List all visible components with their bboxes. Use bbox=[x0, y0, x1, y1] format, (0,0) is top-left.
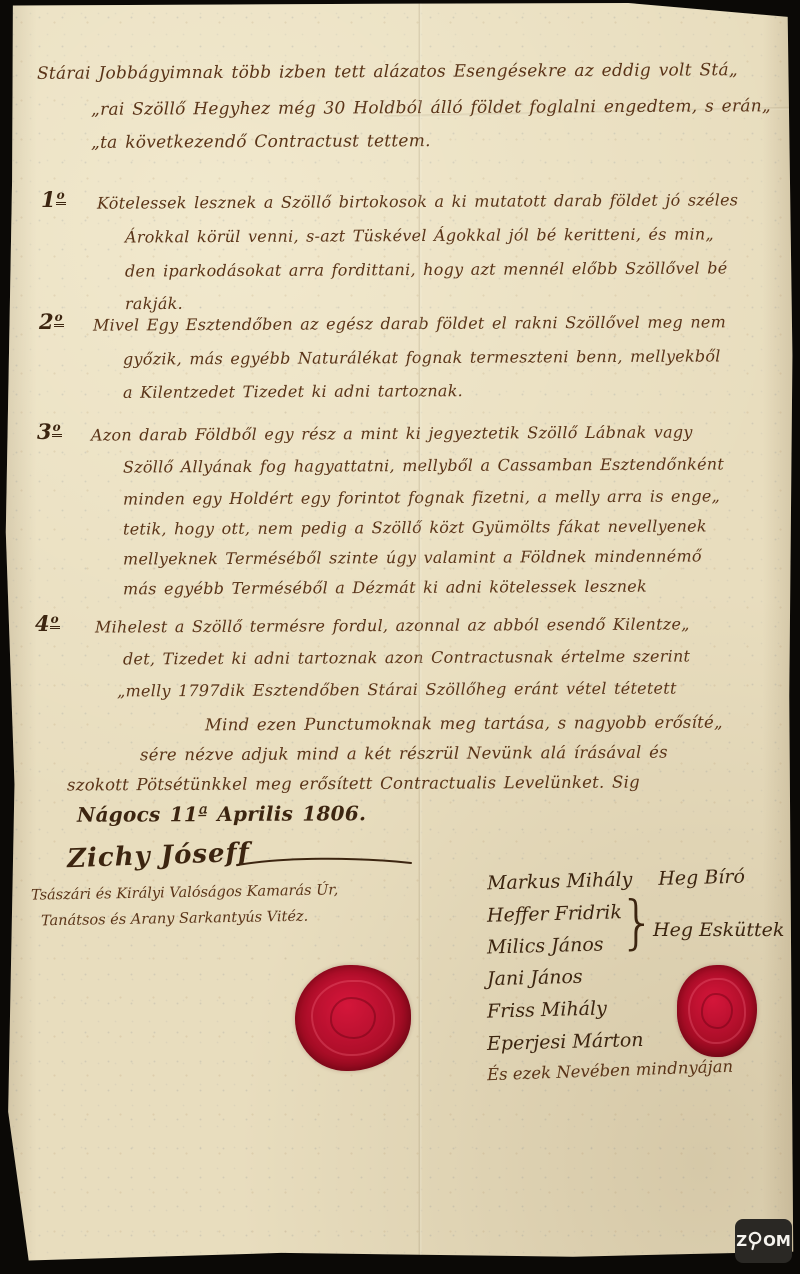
wax-seal-left-icon bbox=[295, 965, 411, 1071]
point-line: det, Tizedet ki adni tartoznak azon Cont… bbox=[123, 648, 690, 669]
point-line: Kötelessek lesznek a Szöllő birtokosok a… bbox=[97, 191, 738, 212]
point-line: a Kilentzedet Tizedet ki adni tartoznak. bbox=[123, 382, 463, 401]
opening-line: „rai Szöllő Hegyhez még 30 Holdból álló … bbox=[91, 97, 771, 119]
witness-role: Heg Bíró bbox=[658, 866, 745, 890]
closing-line: sére nézve adjuk mind a két részrül Nevü… bbox=[140, 744, 668, 765]
point-line: rakják. bbox=[125, 295, 183, 313]
witness-name: Milics János bbox=[487, 933, 604, 958]
zoom-watermark-button[interactable]: Z OM bbox=[735, 1219, 792, 1263]
witness-judge-line: Markus MihályHeg Bíró bbox=[487, 866, 745, 895]
wax-seal-right-icon bbox=[677, 965, 757, 1057]
signer-title-line: Tsászári és Királyi Valóságos Kamarás Úr… bbox=[31, 882, 339, 903]
opening-line: „ta következendő Contractust tettem. bbox=[91, 132, 431, 152]
opening-line: Stárai Jobbágyimnak több izben tett aláz… bbox=[37, 61, 738, 83]
point-line: Árokkal körül venni, s-azt Tüskével Ágok… bbox=[125, 225, 714, 246]
witness-name: Heffer Fridrik bbox=[487, 901, 622, 927]
scanned-document-background: { "colors": { "bg": "#0b0906", "paper": … bbox=[0, 0, 800, 1274]
point-line: Mihelest a Szöllő termésre fordul, azonn… bbox=[95, 615, 690, 636]
zoom-letters-om: OM bbox=[763, 1232, 791, 1250]
closing-line: szokott Pötsétünkkel meg erősített Contr… bbox=[67, 774, 640, 795]
witness-footer: És ezek Nevében mindnyájan bbox=[487, 1057, 734, 1085]
signature-flourish bbox=[235, 855, 415, 869]
witness-name: Markus Mihály bbox=[487, 869, 633, 895]
witness-group-role: Heg Esküttek bbox=[653, 919, 784, 941]
witness-name: Jani János bbox=[487, 966, 583, 990]
witness-name: Friss Mihály bbox=[487, 997, 607, 1022]
signer-title-line: Tanátsos és Arany Sarkantyús Vitéz. bbox=[41, 909, 308, 930]
date-line: Nágocs 11ª Aprilis 1806. bbox=[77, 802, 366, 826]
point-line: győzik, más egyébb Naturálékat fognak te… bbox=[123, 347, 721, 368]
point-line: mellyeknek Terméséből szinte úgy valamin… bbox=[123, 547, 702, 568]
signature-zichy: Zichy Jóseff bbox=[67, 838, 251, 874]
point-line: minden egy Holdért egy forintot fognak f… bbox=[123, 487, 720, 508]
magnifier-icon bbox=[747, 1231, 763, 1251]
point-line: tetik, hogy ott, nem pedig a Szöllő közt… bbox=[123, 517, 707, 538]
document-page: Stárai Jobbágyimnak több izben tett aláz… bbox=[5, 3, 794, 1263]
group-brace: } bbox=[619, 893, 656, 951]
zoom-letter-z: Z bbox=[736, 1232, 747, 1250]
point-marker: 2o bbox=[39, 309, 64, 334]
point-line: „melly 1797dik Esztendőben Stárai Szöllő… bbox=[117, 680, 677, 701]
point-line: Azon darab Földből egy rész a mint ki je… bbox=[91, 423, 693, 444]
point-marker: 3o bbox=[37, 419, 62, 444]
point-marker: 1o bbox=[41, 187, 66, 212]
witness-name: Eperjesi Márton bbox=[487, 1029, 644, 1055]
point-line: más egyébb Terméséből a Dézmát ki adni k… bbox=[123, 578, 647, 598]
closing-line: Mind ezen Punctumoknak meg tartása, s na… bbox=[205, 714, 723, 735]
point-line: Mivel Egy Esztendőben az egész darab föl… bbox=[93, 313, 726, 334]
point-marker: 4o bbox=[35, 611, 60, 636]
point-line: Szöllő Allyának fog hagyattatni, mellybő… bbox=[123, 455, 724, 476]
point-line: den iparkodásokat arra fordittani, hogy … bbox=[125, 259, 728, 280]
